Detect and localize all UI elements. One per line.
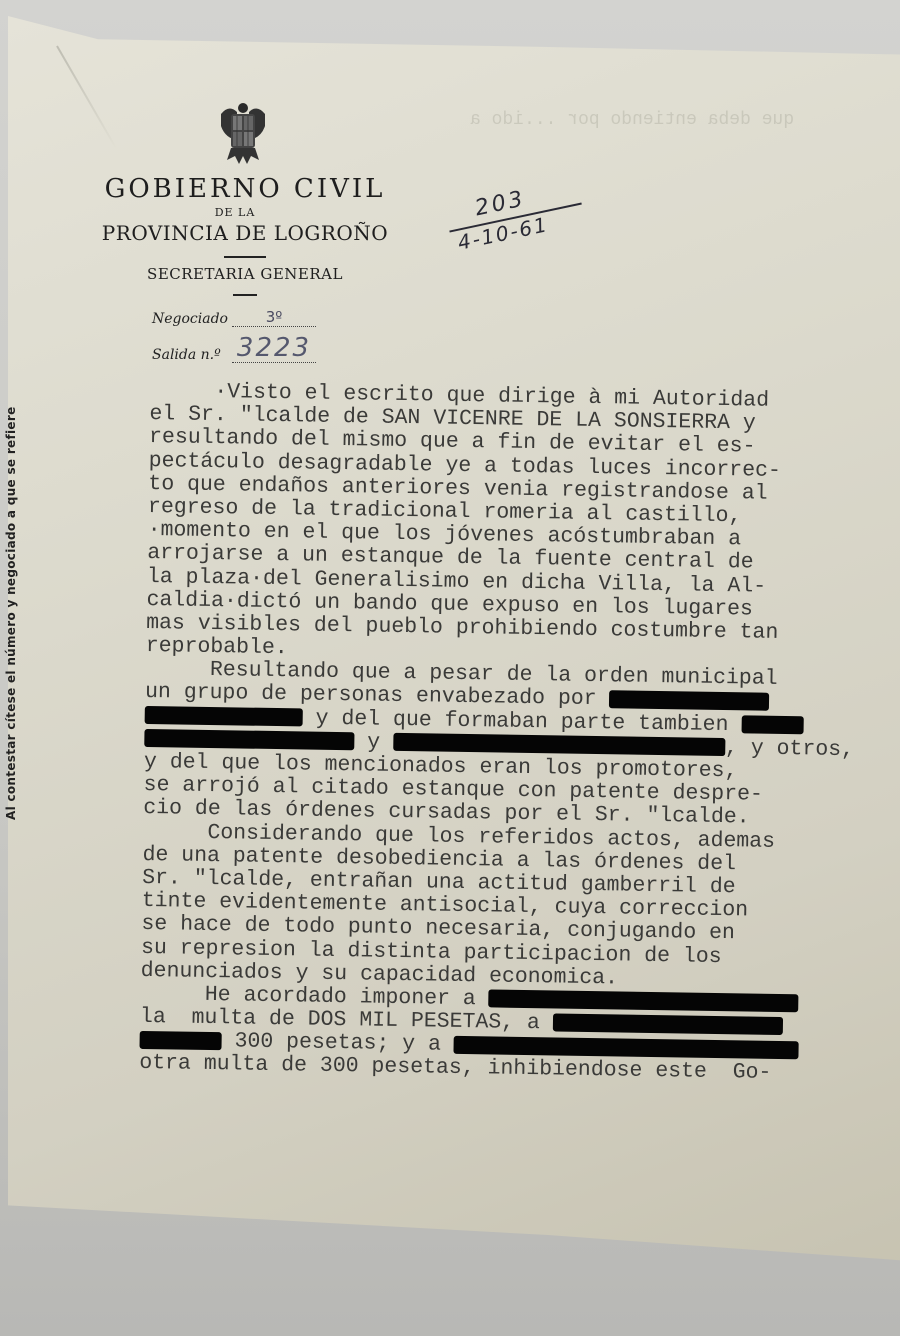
body-text-segment: reprobable. bbox=[146, 634, 288, 660]
body-text-segment: y bbox=[354, 730, 393, 755]
redaction-bar bbox=[489, 990, 799, 1013]
bleed-through-text: que deba entiendo por ...ido a bbox=[470, 110, 794, 130]
redaction-bar bbox=[145, 706, 303, 726]
redaction-bar bbox=[741, 715, 803, 734]
letterhead: GOBIERNO CIVIL DE LA PROVINCIA DE LOGROÑ… bbox=[80, 172, 410, 296]
coat-of-arms-icon bbox=[215, 100, 271, 170]
side-instruction-note: Al contestar cítese el número y negociad… bbox=[4, 390, 24, 820]
salida-field: Salida n.º 3223 bbox=[152, 334, 316, 363]
letterhead-de-la: DE LA bbox=[60, 206, 410, 220]
letterhead-divider-short bbox=[233, 294, 257, 296]
body-text-segment: , y otros, bbox=[725, 736, 854, 762]
negociado-label: Negociado bbox=[152, 311, 232, 327]
redaction-bar bbox=[609, 690, 769, 711]
redaction-bar bbox=[553, 1014, 783, 1036]
negociado-value: 3º bbox=[232, 308, 316, 327]
redaction-bar bbox=[393, 733, 725, 756]
negociado-field: Negociado 3º bbox=[152, 308, 316, 327]
letterhead-divider bbox=[224, 256, 266, 258]
redaction-bar bbox=[139, 1030, 221, 1049]
redaction-bar bbox=[454, 1035, 799, 1058]
redaction-bar bbox=[144, 729, 354, 750]
salida-value: 3223 bbox=[232, 334, 316, 363]
paper-crease bbox=[56, 46, 118, 151]
letterhead-province: PROVINCIA DE LOGROÑO bbox=[80, 220, 410, 246]
salida-label: Salida n.º bbox=[152, 347, 232, 363]
letterhead-title: GOBIERNO CIVIL bbox=[80, 172, 410, 206]
typed-letter-body: ·Visto el escrito que dirige à mi Autori… bbox=[139, 380, 900, 1087]
letterhead-section: SECRETARIA GENERAL bbox=[80, 264, 410, 284]
